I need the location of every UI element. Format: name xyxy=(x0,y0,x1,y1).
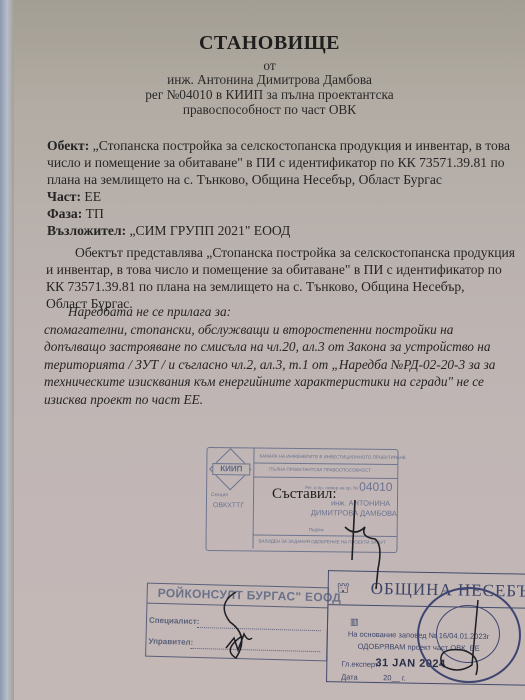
signatures xyxy=(0,0,525,700)
signature-municipality xyxy=(441,600,478,675)
signature-compiler xyxy=(345,500,380,589)
signature-manager xyxy=(224,592,252,658)
